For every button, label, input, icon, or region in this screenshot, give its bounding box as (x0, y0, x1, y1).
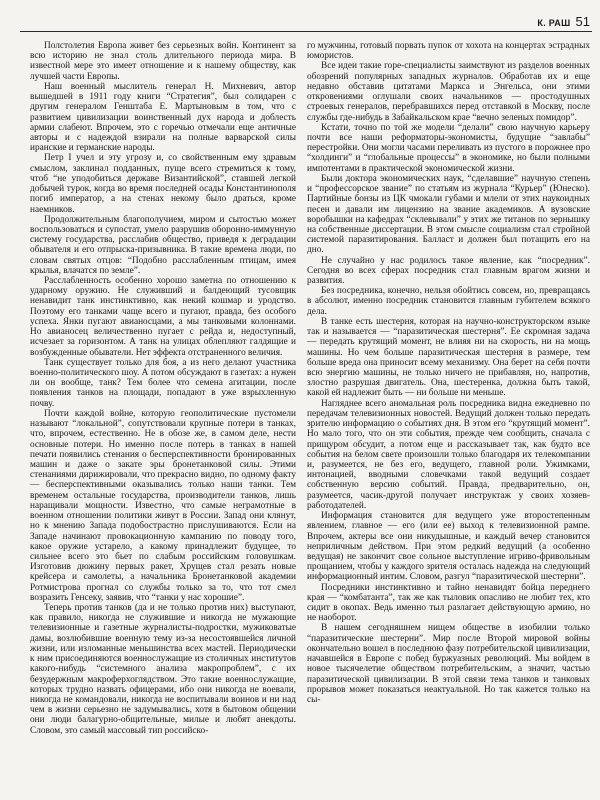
running-head: К. РАШ 51 (537, 14, 590, 31)
paragraph: Не случайно у нас родилось такое явление… (307, 256, 590, 287)
paragraph: Кстати, точно по той же модели “делали” … (307, 123, 590, 174)
paragraph: Полстолетия Европа живет без серьезных в… (30, 41, 296, 82)
paragraph: Почти каждой войне, которую геополитичес… (30, 409, 296, 603)
text-column-right: го мужчины, готовый порвать пупок от хох… (307, 41, 590, 705)
paragraph: Все идеи такие горе-специалисты заимству… (307, 61, 590, 122)
paragraph: Без посредника, конечно, нельзя обойтись… (307, 286, 590, 317)
page-header: К. РАШ 51 (20, 14, 592, 32)
paragraph-continued: го мужчины, готовый порвать пупок от хох… (307, 41, 590, 61)
paragraph: Продолжительным благополучием, миром и с… (30, 215, 296, 276)
paragraph: Были доктора экономических наук, “сделав… (307, 174, 590, 256)
author-name: К. РАШ (537, 18, 570, 28)
paragraph: Информация становится для ведущего уже в… (307, 511, 590, 583)
header-rule (20, 31, 592, 32)
paragraph: Теперь против танков (да и не только про… (30, 603, 296, 736)
page-number: 51 (576, 14, 590, 29)
paragraph: В нашем сегодняшнем нищем обществе в изо… (307, 623, 590, 705)
paragraph: Посредники инстинктивно и тайно ненавидя… (307, 583, 590, 624)
paragraph: Танк существует только для боя, а из нег… (30, 358, 296, 409)
paragraph: Нагляднее всего аномальная роль посредни… (307, 399, 590, 511)
paragraph: Наш военный мыслитель генерал Н. Михневи… (30, 82, 296, 154)
paragraph: В танке есть шестерня, которая на научно… (307, 317, 590, 399)
text-column-left: Полстолетия Европа живет без серьезных в… (30, 41, 296, 736)
paragraph: Расслабленность особенно хорошо заметна … (30, 276, 296, 358)
paragraph: Петр I учел и эту угрозу и, со свойствен… (30, 153, 296, 214)
